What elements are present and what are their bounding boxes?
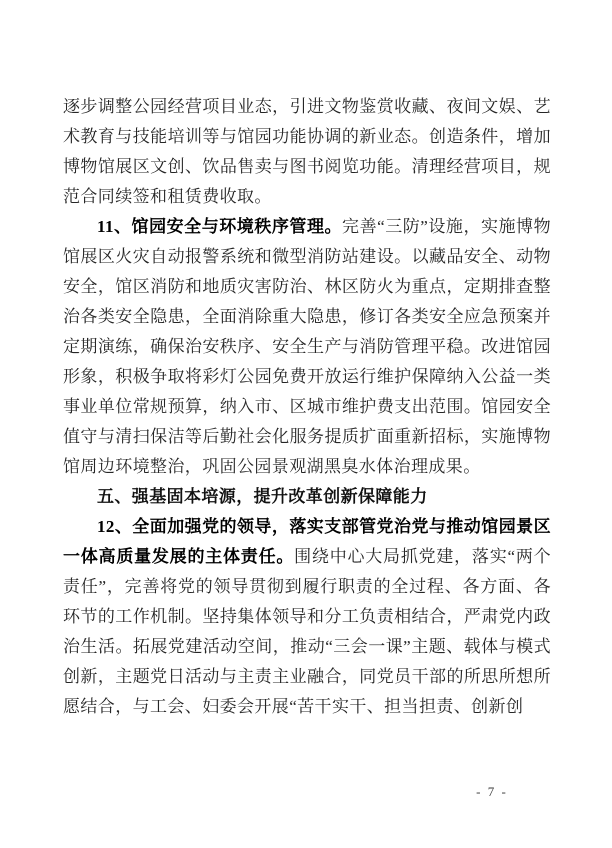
document-page: 逐步调整公园经营项目业态，引进文物鉴赏收藏、夜间文娱、艺术教育与技能培训等与馆园…: [0, 0, 612, 848]
document-body: 逐步调整公园经营项目业态，引进文物鉴赏收藏、夜间文娱、艺术教育与技能培训等与馆园…: [63, 92, 551, 722]
paragraph-continuation: 逐步调整公园经营项目业态，引进文物鉴赏收藏、夜间文娱、艺术教育与技能培训等与馆园…: [63, 92, 551, 212]
paragraph-item-12: 12、全面加强党的领导，落实支部管党治党与推动馆园景区一体高质量发展的主体责任。…: [63, 512, 551, 722]
section-heading-5: 五、强基固本培源，提升改革创新保障能力: [63, 482, 551, 512]
item-11-body: 完善“三防”设施，实施博物馆展区火灾自动报警系统和微型消防站建设。以藏品安全、动…: [63, 217, 551, 476]
paragraph-item-11: 11、馆园安全与环境秩序管理。完善“三防”设施，实施博物馆展区火灾自动报警系统和…: [63, 212, 551, 482]
item-11-lead: 11、馆园安全与环境秩序管理。: [97, 217, 342, 236]
paragraph-continuation-text: 逐步调整公园经营项目业态，引进文物鉴赏收藏、夜间文娱、艺术教育与技能培训等与馆园…: [63, 97, 551, 206]
page-number: - 7 -: [462, 784, 522, 800]
item-12-body: 围绕中心大局抓党建，落实“两个责任”，完善将党的领导贯彻到履行职责的全过程、各方…: [63, 547, 551, 716]
